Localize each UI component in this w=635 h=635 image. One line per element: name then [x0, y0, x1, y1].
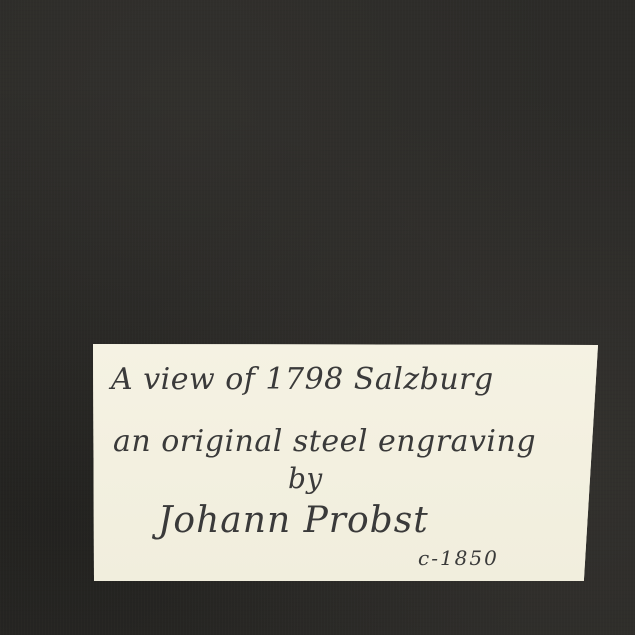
note-title-line: A view of 1798 Salzburg	[111, 362, 494, 397]
handwritten-note-card: A view of 1798 Salzburg an original stee…	[93, 344, 598, 581]
note-by-line: by	[288, 462, 323, 495]
note-artist-line: Johann Probst	[158, 500, 429, 541]
note-date-line: c-1850	[418, 546, 499, 570]
note-medium-line: an original steel engraving	[113, 424, 536, 459]
